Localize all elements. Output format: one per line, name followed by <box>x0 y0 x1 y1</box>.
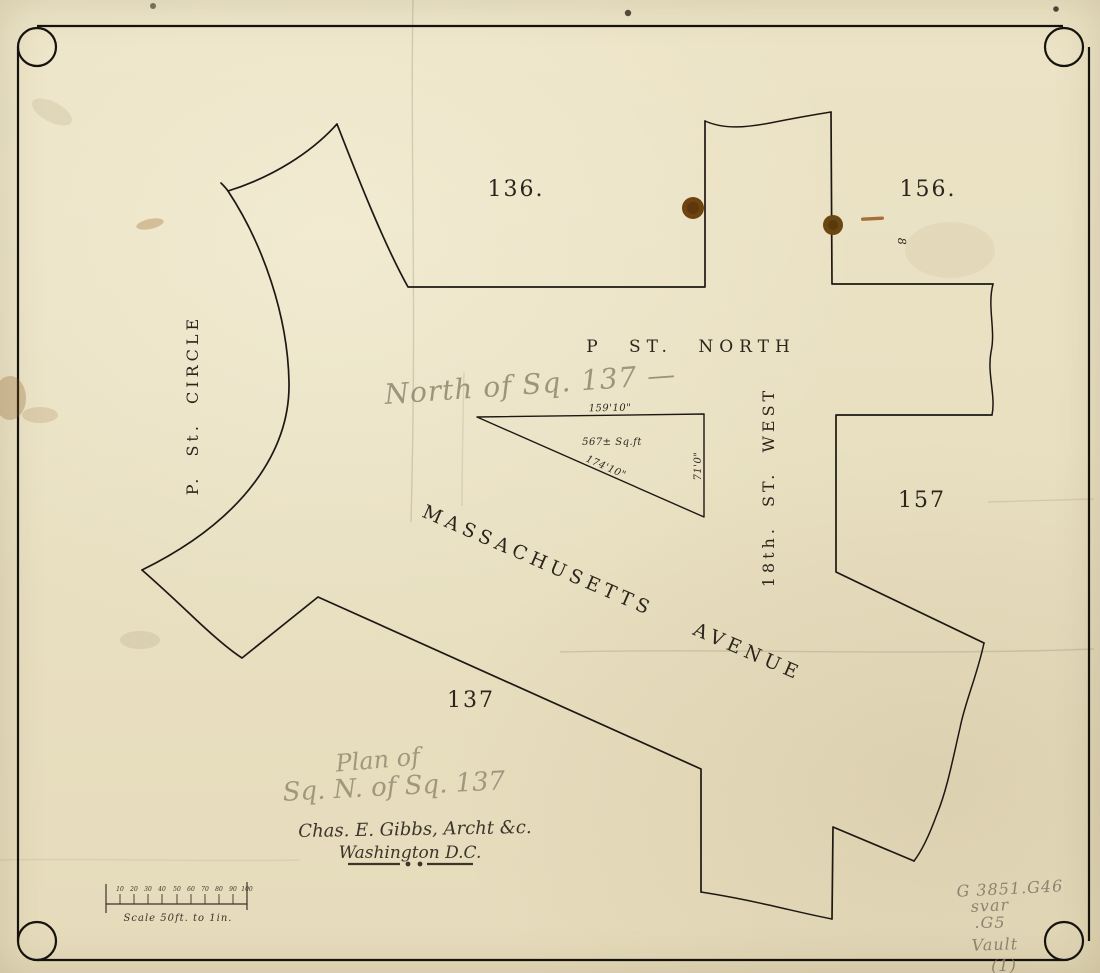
map-sheet: 136. 156. 157 137 P ST. NORTH 18th. ST. … <box>0 0 1100 973</box>
title-block: Plan of Sq. N. of Sq. 137 Chas. E. Gibbs… <box>282 742 532 866</box>
square-136-outline <box>228 121 705 287</box>
plat-map-svg: 136. 156. 157 137 P ST. NORTH 18th. ST. … <box>0 0 1100 973</box>
smudge-left-edge <box>0 376 26 420</box>
scale-tick-90: 90 <box>229 886 237 893</box>
label-square-136: 136. <box>488 177 545 202</box>
ink-stain-left-core <box>687 202 699 214</box>
p-st-circle-arc <box>142 183 289 570</box>
label-18th-st-west: 18th. ST. WEST <box>759 387 778 587</box>
parcel-area: 567± Sq.ft <box>582 437 642 448</box>
square-157-outline <box>836 415 992 643</box>
break-line-bottom <box>701 892 832 919</box>
architect-city: Washington D.C. <box>339 843 482 863</box>
smudge-156 <box>905 222 995 278</box>
shelf-line3: .G5 <box>974 913 1005 932</box>
architect-name: Chas. E. Gibbs, Archt &c. <box>298 817 532 842</box>
scale-tick-30: 30 <box>144 886 152 893</box>
smudge-arc <box>135 216 164 232</box>
scale-tick-20: 20 <box>129 886 138 893</box>
scale-tick-70: 70 <box>201 886 209 893</box>
break-line-top <box>705 112 831 127</box>
scale-tick-50: 50 <box>173 886 181 893</box>
parcel-north-dim: 159'10" <box>589 403 632 415</box>
map-outlines <box>142 112 993 919</box>
scale-tick-10: 10 <box>116 886 124 893</box>
break-line-right-mass-ave <box>914 643 984 861</box>
parcel-pencil-note: North of Sq. 137 — <box>382 358 677 411</box>
scale-tick-100: 100 <box>241 886 253 893</box>
scale-tick-60: 60 <box>187 886 195 893</box>
corner-loop-top-left <box>18 28 56 66</box>
title-pencil-line2: Sq. N. of Sq. 137 <box>282 766 506 808</box>
corner-loop-bottom-right <box>1045 922 1083 960</box>
scale-tick-80: 80 <box>215 886 223 893</box>
corner-loop-bottom-left <box>18 922 56 960</box>
label-square-157: 157 <box>898 488 946 513</box>
scale-tick-40: 40 <box>157 886 166 893</box>
smudge-left-edge2 <box>22 407 58 423</box>
corner-loop-top-right <box>1045 28 1083 66</box>
label-p-st-circle: P. St. CIRCLE <box>183 315 202 495</box>
speck-top <box>625 10 631 16</box>
break-line-right-p-st <box>990 284 993 415</box>
scale-caption: Scale 50ft. to 1in. <box>124 913 233 924</box>
smudge-137 <box>120 631 160 649</box>
speck-top-right <box>1053 6 1059 12</box>
shelf-line5: (1) <box>991 956 1017 973</box>
scale-bar: 10 20 30 40 50 60 70 80 90 100 Scale 50f… <box>106 882 253 924</box>
speck-top-left <box>150 3 156 9</box>
paper-creases <box>0 0 1094 861</box>
label-massachusetts-avenue: MASSACHUSETTS AVENUE <box>419 501 806 686</box>
parcel-annotations: North of Sq. 137 — 159'10" 567± Sq.ft 17… <box>382 358 704 481</box>
stain-dash <box>861 216 884 221</box>
label-square-137: 137 <box>447 688 495 713</box>
shelf-mark: G 3851.G46 svar .G5 Vault (1) <box>956 876 1064 973</box>
parcel-east-dim: 71'0" <box>693 452 704 481</box>
label-p-st-north: P ST. NORTH <box>586 337 796 357</box>
block-se-outline <box>832 827 914 919</box>
ink-stain-right-core <box>828 220 838 230</box>
label-square-156: 156. <box>900 177 957 202</box>
shelf-line4: Vault <box>971 934 1018 955</box>
smudge-top-left <box>28 93 76 131</box>
